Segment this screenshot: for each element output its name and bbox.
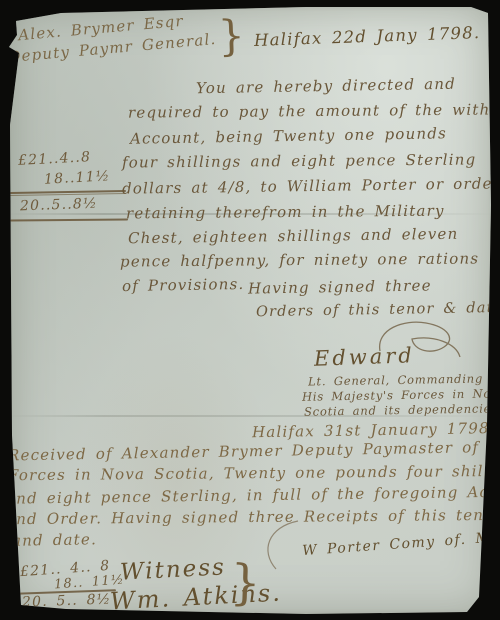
signature-porter: W Porter Comy of. Muster: [302, 527, 500, 559]
document-paper: Alex. Brymer Esqr Deputy Paymr General. …: [6, 5, 494, 615]
margin-total: 20..5..8½: [20, 196, 98, 215]
witness-label: Witness: [119, 554, 226, 586]
body-line: four shillings and eight pence Sterling: [122, 150, 477, 171]
body-line: retaining therefrom in the Military: [126, 202, 445, 223]
receipt-line: Forces in Nova Scotia, Twenty one pounds…: [8, 462, 500, 485]
body-line: Chest, eighteen shillings and eleven: [128, 225, 459, 248]
footer-total: 20. 5.. 8½: [22, 591, 112, 610]
address-brace: }: [217, 11, 247, 61]
margin-amount: £21..4..8: [18, 149, 92, 169]
body-line: Account, being Twenty one pounds: [130, 124, 447, 148]
body-line: of Provisions.: [122, 275, 245, 295]
scanned-manuscript-page: { "colors": { "background": "#0b0b09", "…: [0, 0, 500, 620]
body-line: required to pay the amount of the within: [128, 100, 500, 121]
receipt-line: and date.: [12, 530, 97, 549]
dateline: Halifax 22d Jany 1798.: [254, 23, 481, 50]
signature-title-line: Lt. General, Commanding: [308, 371, 483, 388]
body-line: pence halfpenny, for ninety one rations: [120, 249, 479, 270]
receipt-line: and eight pence Sterling, in full of the…: [6, 482, 500, 507]
margin-deduction: 18..11½: [44, 168, 111, 187]
footer-rule: [12, 610, 118, 613]
signature-edward: Edward: [314, 343, 416, 371]
receipt-line: and Order. Having signed three Receipts …: [6, 506, 500, 528]
body-line: dollars at 4/8, to William Porter or ord…: [122, 174, 500, 197]
witness-brace: }: [229, 554, 263, 611]
closing-line-1: Having signed three: [248, 276, 432, 297]
body-line: You are hereby directed and: [196, 75, 456, 98]
receipt-line: Received of Alexander Brymer Deputy Paym…: [8, 438, 500, 465]
margin-rule: [10, 218, 128, 221]
